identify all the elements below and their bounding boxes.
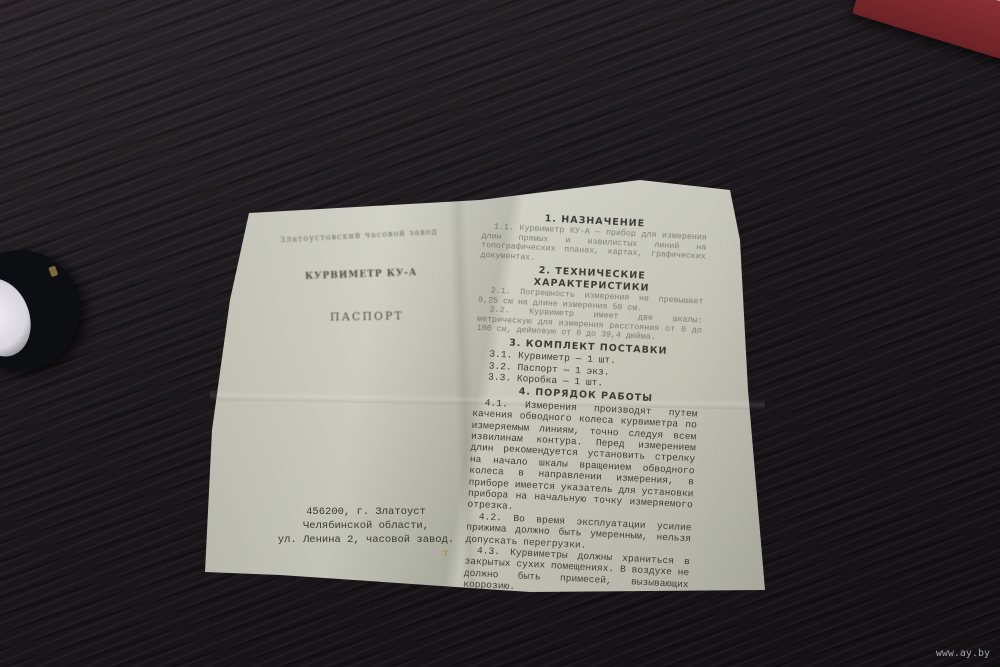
address-line: Челябинской области, (276, 519, 456, 533)
factory-address: 456200, г. Златоуст Челябинской области,… (276, 505, 456, 547)
instructions-page: 1. НАЗНАЧЕНИЕ 1.1. Курвиметр КУ-А — приб… (463, 208, 708, 602)
section-text: 4.1. Измерения производят путем качения … (467, 396, 698, 522)
document-title: ПАСПОРТ (330, 309, 404, 323)
watermark: www.ay.by (936, 648, 990, 659)
address-line: 456200, г. Златоуст (276, 505, 456, 519)
passport-leaflet: Златоустовский часовой завод КУРВИМЕТР К… (0, 0, 1000, 667)
address-line: ул. Ленина 2, часовой завод. (276, 533, 456, 547)
ink-stain: т (443, 548, 449, 559)
